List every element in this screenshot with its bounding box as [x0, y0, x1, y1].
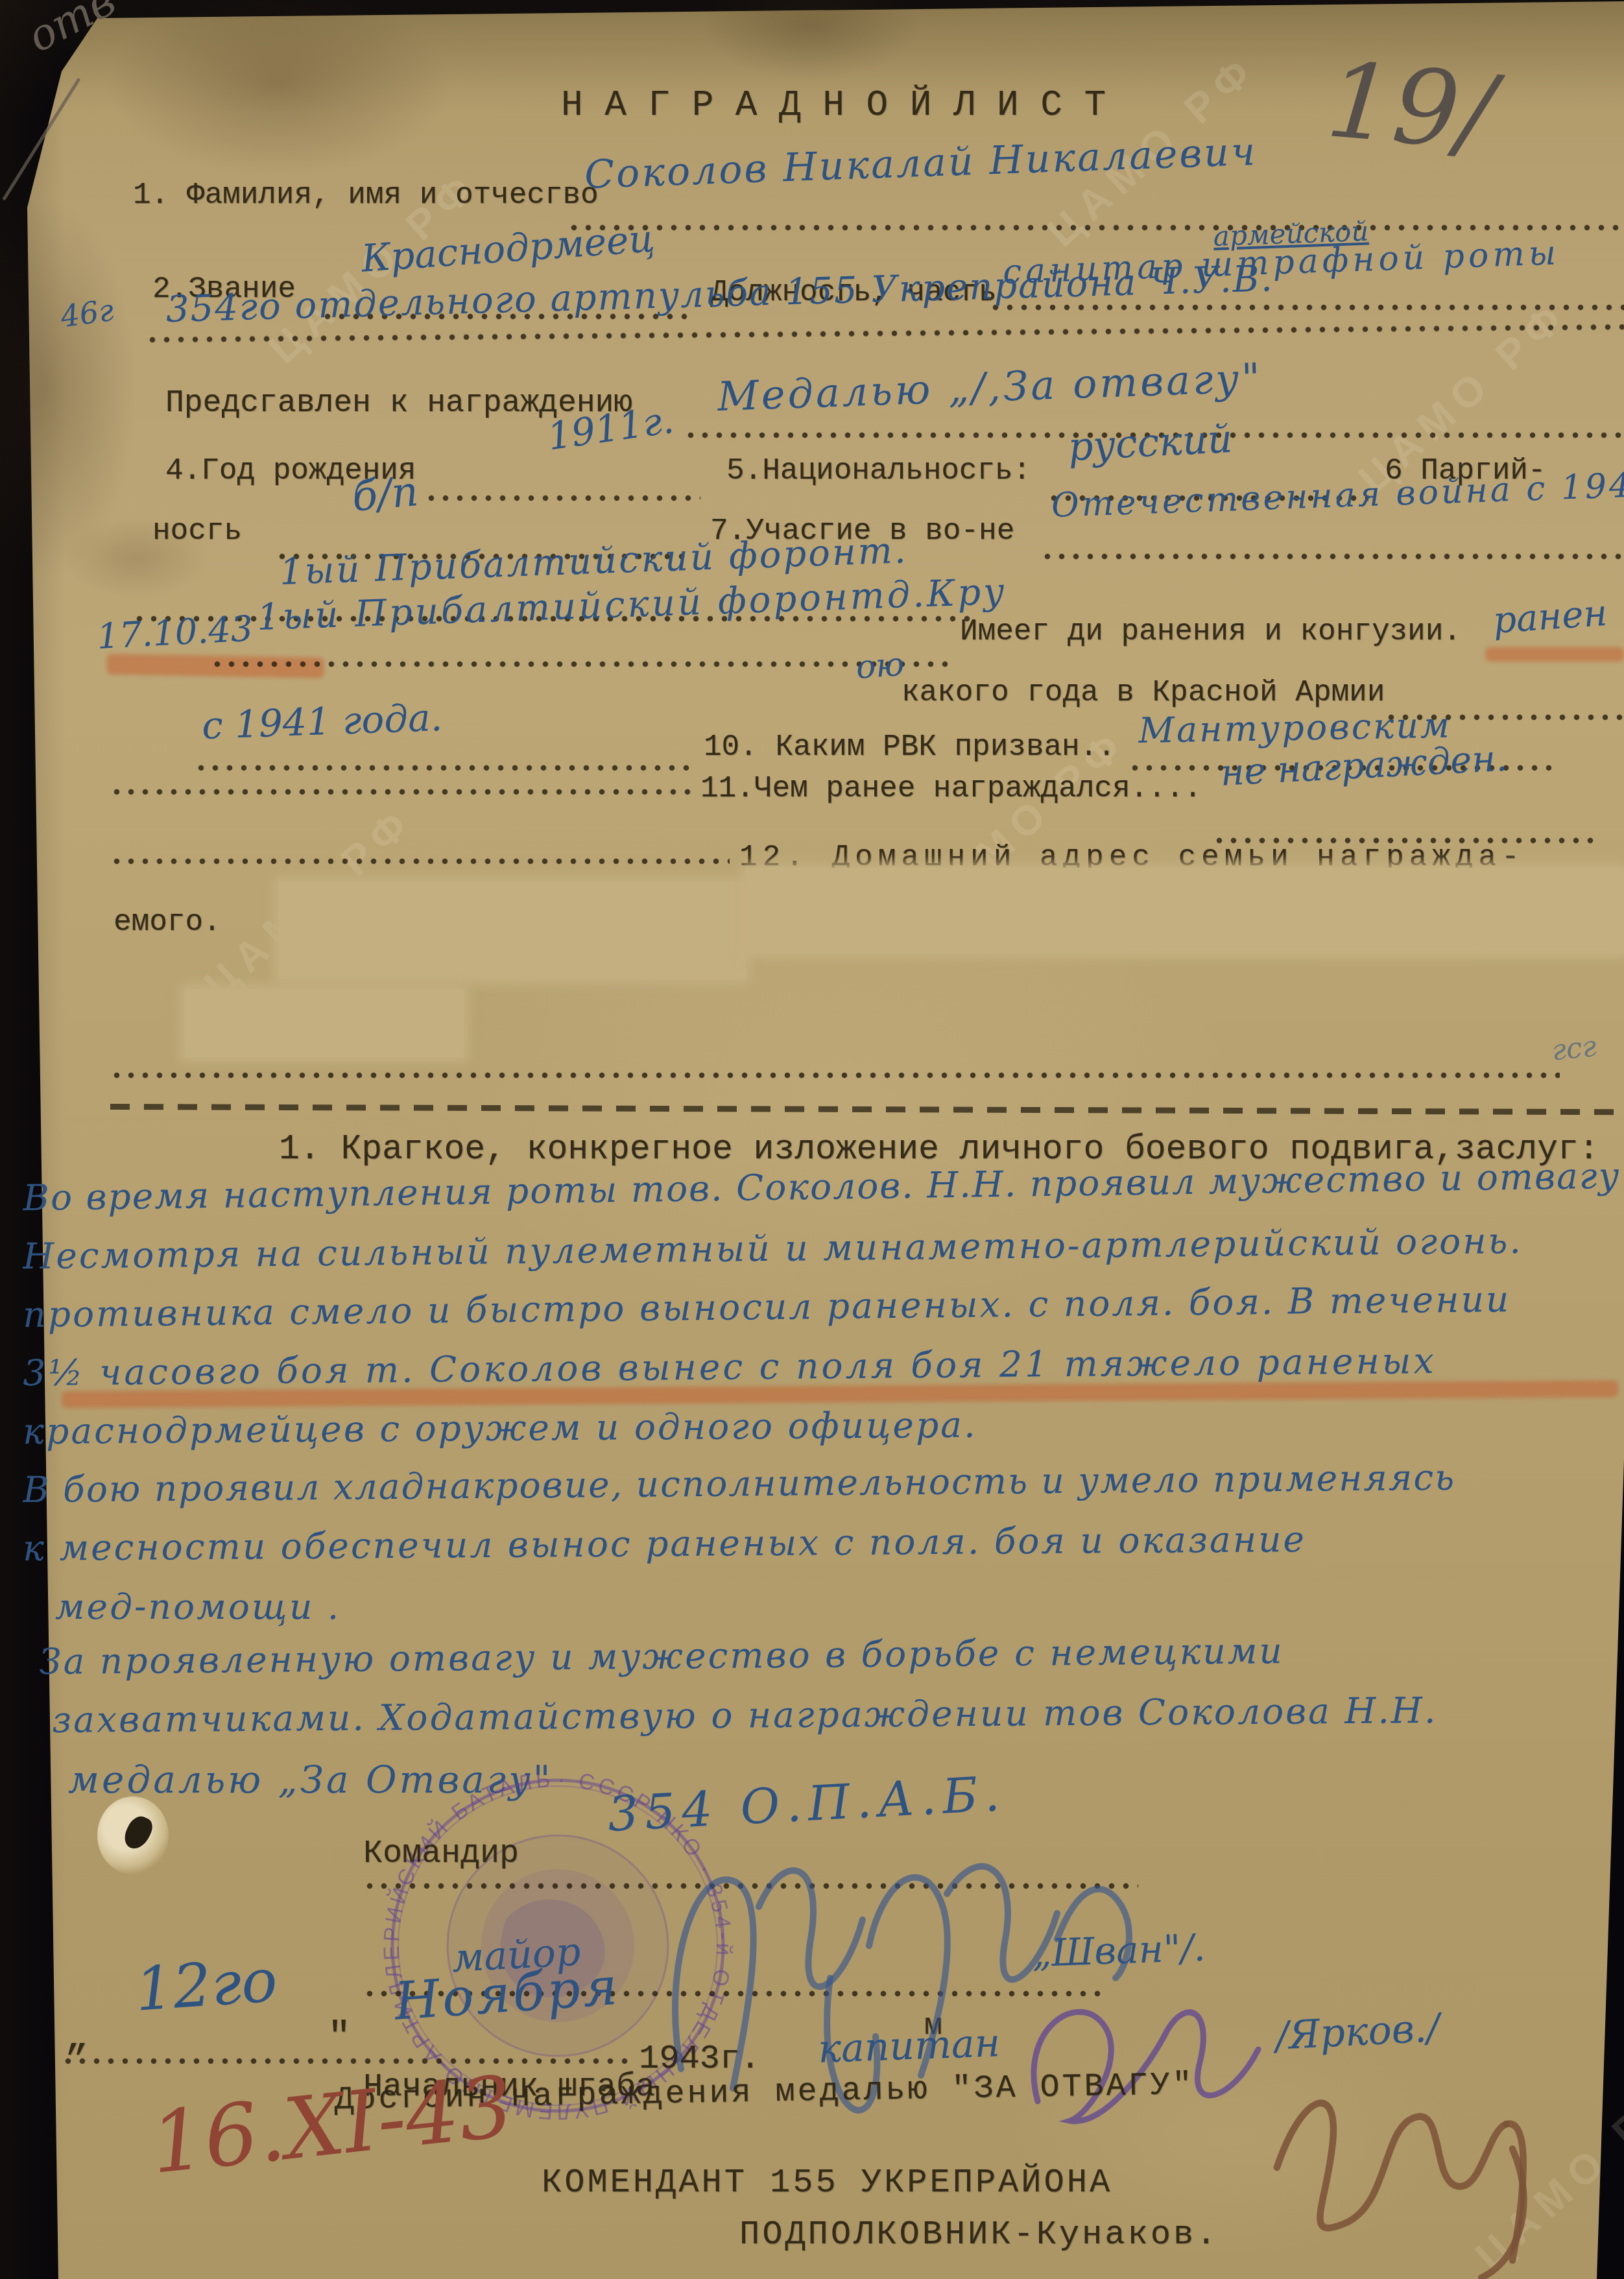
date-quote-close: " [328, 2016, 351, 2060]
field-party-label2: носгь [152, 514, 242, 548]
field-name-label: 1. Фамилия, имя и отчесгво [133, 178, 599, 212]
address-stray-mark: гсг [1550, 1030, 1598, 1068]
redacted-block [185, 989, 464, 1057]
commander-label: Командир [363, 1835, 519, 1872]
field-unit-margin: 46г [58, 292, 116, 335]
army-value: с 1941 года. [201, 695, 443, 748]
date-year: 1943г. [639, 2040, 760, 2078]
rvk-label: 10. Каким РВК призван.. [704, 730, 1116, 764]
citation-line: мед-помощи . [55, 1586, 340, 1627]
wound-value: ранен [1492, 592, 1608, 642]
commandant-line2: ПОДПОЛКОВНИК-Кунаков. [739, 2215, 1219, 2254]
chief-name: /Ярков./ [1274, 2005, 1441, 2059]
chief-rank: капитан [817, 2020, 1001, 2072]
prev-awards-label: 11.Чем ранее награждался.... [700, 772, 1202, 805]
wound-date: 17.10.43 [96, 608, 254, 656]
address-label2: емого. [113, 905, 221, 939]
date-quote-open: „ [65, 2016, 88, 2060]
field-party-value: б/п [350, 468, 420, 521]
army-stray-mark: ою [855, 645, 905, 686]
field-nationality-label: 5.Национальносгь: [726, 454, 1031, 488]
commandant-signature [1232, 2056, 1570, 2279]
date-day: 12го [133, 1946, 280, 2025]
commandant-line1: КОМЕНДАНТ 155 УКРЕПРАЙОНА [542, 2164, 1112, 2202]
redacted-block [279, 882, 746, 979]
redacted-block [746, 868, 1624, 953]
army-label: какого года в Красной Армии [902, 676, 1385, 710]
scanned-award-sheet: ЦАМО РФ ЦАМО РФ ЦАМО РФ ЦАМО РФ ЦАМО РФ … [0, 0, 1624, 2279]
page-number: 19/ [1322, 39, 1499, 174]
document-title: Н А Г Р А Д Н О Й Л И С Т [561, 84, 1106, 126]
citation-line: краснодрмейцев с оружем и одного офицера… [23, 1404, 977, 1452]
chief-signature [999, 1972, 1271, 2140]
wound-label: Имеег ди ранения и конгузии. [960, 615, 1461, 649]
field-nationality-value: русский [1067, 416, 1234, 470]
